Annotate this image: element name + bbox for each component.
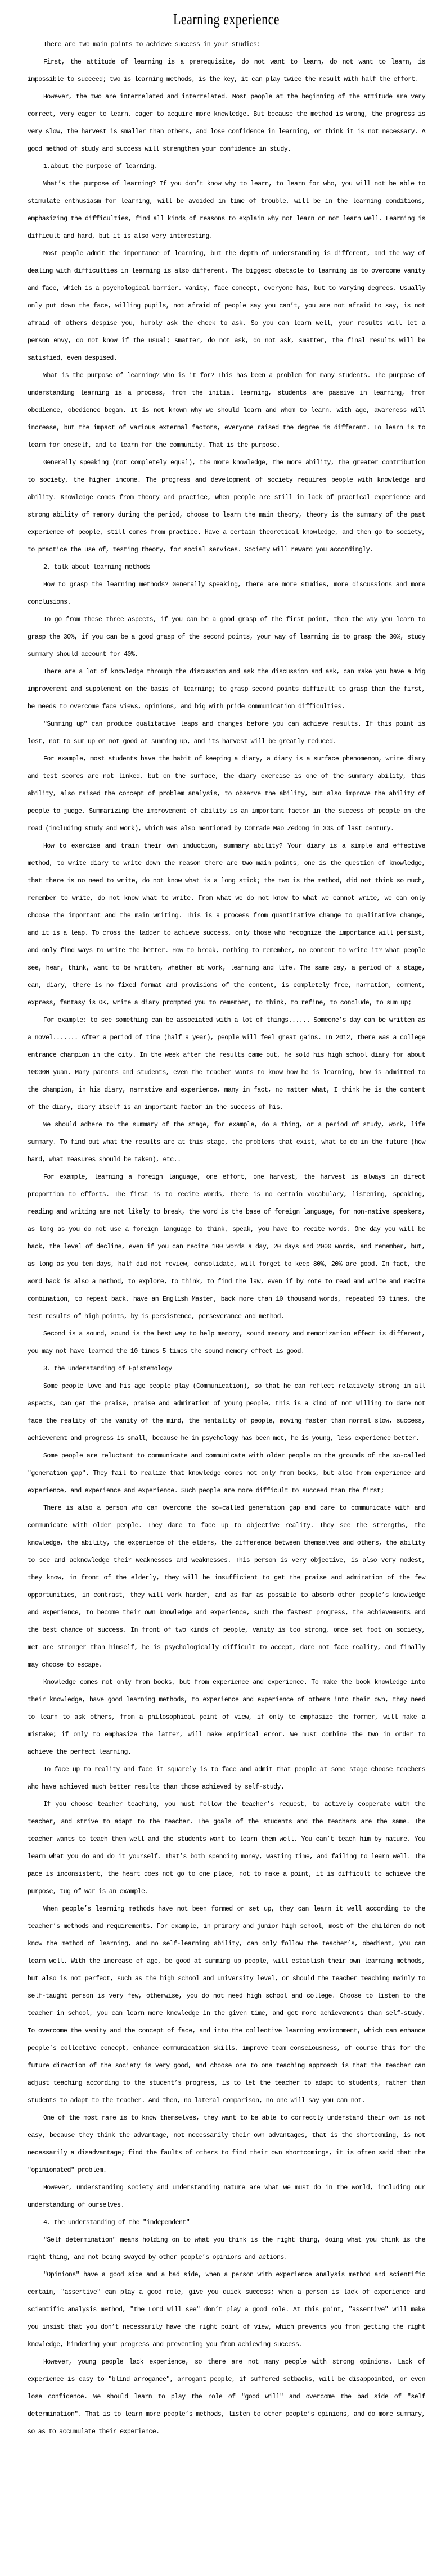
paragraph: For example: to see something can be ass… [28,1012,425,1116]
paragraph: There are two main points to achieve suc… [28,36,425,53]
paragraph: 2. talk about learning methods [28,559,425,576]
paragraph: For example, most students have the habi… [28,750,425,837]
paragraph: ″Self determination″ means holding on to… [28,2231,425,2266]
paragraph: We should adhere to the summary of the s… [28,1116,425,1169]
paragraph: First, the attitude of learning is a pre… [28,53,425,88]
paragraph: How to grasp the learning methods? Gener… [28,576,425,611]
paragraph: Knowledge comes not only from books, but… [28,1674,425,1761]
paragraph: For example, learning a foreign language… [28,1169,425,1325]
paragraph: However, young people lack experience, s… [28,2353,425,2441]
document-title: Learning experience [64,8,390,30]
paragraph: ″Opinions″ have a good side and a bad si… [28,2266,425,2353]
paragraph: 4. the understanding of the ″independent… [28,2214,425,2231]
paragraph: ″Summing up″ can produce qualitative lea… [28,716,425,750]
paragraph: If you choose teacher teaching, you must… [28,1796,425,1900]
paragraph: When people’s learning methods have not … [28,1900,425,2109]
paragraph: To face up to reality and face it square… [28,1761,425,1796]
paragraph: Some people love and his age people play… [28,1378,425,1447]
paragraph: What is the purpose of learning? Who is … [28,367,425,454]
paragraph: There are a lot of knowledge through the… [28,663,425,716]
document-body: There are two main points to achieve suc… [28,36,425,2441]
paragraph: Generally speaking (not completely equal… [28,454,425,559]
paragraph: Most people admit the importance of lear… [28,245,425,367]
paragraph: However, the two are interrelated and in… [28,88,425,158]
paragraph: One of the most rare is to know themselv… [28,2109,425,2179]
paragraph: How to exercise and train their own indu… [28,837,425,1012]
paragraph: However, understanding society and under… [28,2179,425,2214]
paragraph: 3. the understanding of Epistemology [28,1360,425,1378]
paragraph: There is also a person who can overcome … [28,1500,425,1674]
paragraph: Some people are reluctant to communicate… [28,1447,425,1500]
document-page: Learning experience There are two main p… [0,0,446,2463]
paragraph: To go from these three aspects, if you c… [28,611,425,663]
paragraph: 1.about the purpose of learning. [28,158,425,175]
paragraph: Second is a sound, sound is the best way… [28,1325,425,1360]
paragraph: What’s the purpose of learning? If you d… [28,175,425,245]
